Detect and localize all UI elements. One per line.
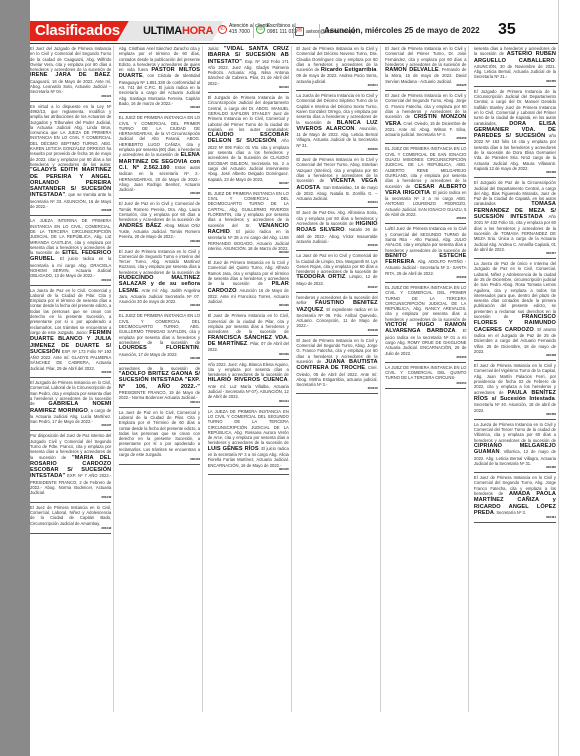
notice-code: 300438 <box>119 357 200 360</box>
notice-text: El Juzgado de Primera Instancia de la Ci… <box>208 95 289 132</box>
legal-notice: La Jueza de Primera Instancia en lo Civi… <box>474 422 556 473</box>
notice-code: 300456 <box>474 171 556 174</box>
legal-notice: EL JUEZ DE PRIMERA INSTANCIA EN LO CIVIL… <box>119 115 200 199</box>
notice-code: 300449 <box>296 387 377 390</box>
newspaper-page: Clasificados ULTIMAHORA ✆ Atención al cl… <box>30 0 558 756</box>
phone-icon: ✆ <box>218 25 227 34</box>
legal-notice: El Juez de Primera Instancia en lo Civil… <box>208 260 289 311</box>
legal-notice: Abg. Cristhian Ariel Sánchez Zaracho cit… <box>119 46 200 113</box>
legal-notice: EL JUEZ DE PRIMERA INSTANCIA EN LO CIVIL… <box>119 313 200 363</box>
notice-name: LUIS GÉNES RÍOS <box>208 446 259 452</box>
notice-code: 300441 <box>119 401 200 404</box>
notice-text: Año 2021 Nº 432 Folio 15, cita y emplaza… <box>474 214 556 252</box>
notice-code: 300424 <box>296 84 377 87</box>
notice-name: LOURDES FLORENTIN <box>119 345 199 351</box>
contact-phone-value: 415 7000 <box>229 29 250 35</box>
legal-notice: herederos y acreedores de la sucesión de… <box>296 295 377 336</box>
notice-text: Juicio: <box>208 46 224 51</box>
column-5: El Juez de Primera Instancia en lo Civil… <box>385 46 469 712</box>
legal-notice: LA JUEZA DE PRIMERA INSTANCIA EN LO CIVI… <box>208 409 289 475</box>
notice-text: El Juez de Primera Instancia en lo Civil… <box>385 46 466 67</box>
legal-notice: El Juez de Primera Instancia en lo Civil… <box>296 46 377 91</box>
legal-notice: acreedores de la sucesión de "ADOLFO BRI… <box>119 366 200 408</box>
legal-notice: LA JUEZA INTERINA DE PRIMERA INSTANCIA E… <box>30 218 111 285</box>
legal-notice: El Juzgado de Primera Instancia en lo Ci… <box>30 380 111 431</box>
notice-text: EL JUEZ DE PRIMERA INSTANCIA EN LO CIVIL… <box>385 146 466 188</box>
issue-date: Asunción, miércoles 25 de mayo de 2022 <box>324 26 480 35</box>
divider <box>319 24 320 38</box>
envelope-icon: ✉ <box>295 27 304 36</box>
notice-code: 300437 <box>30 424 111 427</box>
notice-code: 300450 <box>385 137 466 140</box>
notice-text: PRESIDENTE FRANCO, 19 de Mayo de 2022.- … <box>119 390 200 400</box>
notice-text: EL JUEZ DE PRIMERA INSTANCIA EN LO CIVIL… <box>119 313 200 344</box>
page-edge <box>558 0 580 756</box>
section-title: Clasificados <box>30 21 130 41</box>
header-rule <box>30 43 558 44</box>
legal-notice: La Juez de Paz en lo Civil, Comercial y … <box>119 410 200 466</box>
legal-notice: LA JUEZ DE PRIMERA INSTANCIA EN LO CIVIL… <box>385 365 466 389</box>
notice-code: 300435 <box>30 371 111 374</box>
notice-code: 300434 <box>296 201 377 204</box>
notice-name: HILARIO RIVEROS CUENCA <box>208 377 288 383</box>
notice-code: 300425 <box>385 84 466 87</box>
notice-text: , Año 2022 Nº 006 Folio: 01 Vto. cita y … <box>208 138 289 181</box>
notice-code: 300436 <box>208 304 289 307</box>
notice-code: 300426 <box>119 192 200 195</box>
notice-code: 300423 <box>208 86 289 89</box>
column-4: El Juez de Primera Instancia en lo Civil… <box>296 46 380 712</box>
notice-name: "ADOLFO BRITEZ GAONA S/ SUCESIÓN INTESTA… <box>119 371 200 390</box>
notice-text: EL JUEZ DE PRIMERA INSTANCIA EN LO CIVIL… <box>385 285 466 322</box>
notice-name: Ricardo Estigarribia <box>321 67 377 73</box>
notice-name: VICTOR HUGO RAMON ALVARENGA BARBOZA <box>385 322 466 334</box>
notice-text: La Jueza de Paz en lo Civil, Comercial y… <box>30 288 111 335</box>
notice-code: 300444 <box>208 400 289 403</box>
notice-text: La Jueza de Paz de único e Interina del … <box>474 261 556 319</box>
notice-name: RAMON DELVALLE <box>385 67 439 73</box>
legal-notice: Año 2022. Juez: Abg. Blanca Elena Aquino… <box>208 362 289 407</box>
notice-text: El Juez de Primera Instancia en lo Civil… <box>30 505 111 526</box>
page-header: Clasificados ULTIMAHORA ✆ Atención al cl… <box>30 20 558 42</box>
notice-code: 300422 <box>119 106 200 109</box>
notice-code: 300443 <box>119 458 200 461</box>
notice-text: EL JUEZ DE PRIMERA INSTANCIA EN LO CIVIL… <box>119 115 200 157</box>
legal-notice: Por disposición del Juez de Paz interino… <box>30 433 111 502</box>
notice-code: 300428 <box>30 209 111 212</box>
legal-notice: La Jueza de Paz de único e Interina del … <box>474 261 556 361</box>
legal-notice: El Juez de Primera Instancia en lo Civil… <box>474 475 556 523</box>
divider <box>293 24 294 38</box>
legal-notice: La Juez de Paz en lo Civil y Comercial d… <box>296 253 377 293</box>
notice-code: 300446 <box>296 244 377 247</box>
legal-notice: El Juzgado de Primera Instancia de la Ci… <box>474 89 556 178</box>
legal-notice: sesenta días a herederos y acreedores de… <box>474 46 556 87</box>
notice-code: 300460 <box>474 466 556 469</box>
ultimahora-logo: ULTIMAHORA <box>143 23 213 39</box>
notice-text: El Juez del Juzgado de Primera Instancia… <box>30 46 111 72</box>
column-2: Abg. Cristhian Ariel Sánchez Zaracho cit… <box>119 46 203 712</box>
legal-notice: El Juez de Primera Instancia en lo Civil… <box>296 338 377 395</box>
notice-code: 300457 <box>474 252 556 255</box>
legal-notice: La Jueza de Paz en lo Civil, Comercial y… <box>30 288 111 378</box>
column-1: El Juez del Juzgado de Primera Instancia… <box>30 46 114 712</box>
legal-notice: El Juez de Primera Instancia en lo Civil… <box>474 363 556 420</box>
legal-notice: EL JUEZ DE PRIMERA INSTANCIA EN LO CIVIL… <box>385 285 466 363</box>
column-6: sesenta días a herederos y acreedores de… <box>474 46 558 712</box>
notice-text: La Juez de Paz en lo Civil y Comercial d… <box>296 253 377 274</box>
notice-text: año 2022 Nº 163 folio 16 cita y emplaza … <box>474 133 556 171</box>
legal-notice: El Juez de Paz en lo Civil y Comercial d… <box>119 201 200 246</box>
notice-code: 300455 <box>474 80 556 83</box>
page-number: 35 <box>498 21 516 39</box>
whatsapp-icon: ☏ <box>256 25 265 34</box>
legal-notice: En virtud a lo dispuesto en la Ley Nº 49… <box>30 104 111 217</box>
notice-code: 300454 <box>385 382 466 385</box>
legal-notice: El Juez de Primera Instancia en lo Civil… <box>30 505 111 534</box>
legal-notice: El Juez de Primera Instancia en lo Civil… <box>385 46 466 91</box>
legal-notice: El Juez del Juzgado de Primera Instancia… <box>30 46 111 102</box>
classified-columns: El Juez del Juzgado de Primera Instancia… <box>30 46 558 712</box>
column-3: Juicio: "VIDAL SANTA CRUZ IBARRA S/ SUCE… <box>208 46 292 712</box>
legal-notice: La Jueza de Primera Instancia en lo Civi… <box>296 93 377 155</box>
notice-code: 300442 <box>30 527 111 530</box>
legal-notice: El Juez de Primera Instancia en lo Civil… <box>119 249 200 312</box>
notice-text: La Juez de Paz en lo Civil, Comercial y … <box>119 410 200 457</box>
notice-text: El Juez de Primera Instancia en lo Civil… <box>119 249 200 275</box>
notice-name: TEODORA ORTIZ <box>296 274 345 280</box>
legal-notice: El Juzgado de Paz de la Circunscripción … <box>474 180 556 259</box>
notice-code: 300430 <box>296 148 377 151</box>
logo-ultima: ULTIMA <box>143 25 182 37</box>
legal-notice: Juicio: "VIDAL SANTA CRUZ IBARRA S/ SUCE… <box>208 46 289 93</box>
notice-name: IRENE JARA DE BAEZ <box>30 72 110 78</box>
notice-code: 300458 <box>474 354 556 357</box>
legal-notice: El Juez de Primera Instancia en lo Civil… <box>296 157 377 208</box>
legal-notice: El Juzgado de Primera Instancia de la Ci… <box>208 95 289 189</box>
legal-notice: La/El Juez de Primera Instancia en lo Ci… <box>385 226 466 283</box>
logo-hora: HORA <box>182 25 213 37</box>
notice-name: ANDRÉS BÁEZ <box>119 223 162 229</box>
notice-code: 300453 <box>385 356 466 359</box>
notice-code: 300432 <box>208 251 289 254</box>
notice-code: 300421 <box>30 95 111 98</box>
legal-notice: El Juez de Primera Instancia en lo Civil… <box>208 313 289 359</box>
notice-code: 300440 <box>30 496 111 499</box>
notice-text: El Juez de Primera Instancia en lo Civil… <box>208 313 289 334</box>
notice-code: 300433 <box>119 304 200 307</box>
legal-notice: El Juez de Primera Instancia en lo Civil… <box>385 93 466 144</box>
legal-notice: El Juez de Paz-Dra. Abg. Alfonsina Soria… <box>296 210 377 251</box>
legal-notice: EL JUEZ DE PRIMERA INSTANCIA EN LO CIVIL… <box>208 191 289 258</box>
notice-text: Año 2022. Juez: Abg. Blanca Elena Aquino… <box>208 362 289 378</box>
notice-text: LA JUEZ DE PRIMERA INSTANCIA EN LO CIVIL… <box>385 365 466 381</box>
notice-text: La/El Juez de Primera Instancia en lo Ci… <box>385 226 466 252</box>
notice-text: En virtud a lo dispuesto en la Ley Nº 49… <box>30 104 111 167</box>
notice-code: 300448 <box>296 329 377 332</box>
notice-code: 300447 <box>296 286 377 289</box>
legal-notice: EL JUEZ DE PRIMERA INSTANCIA EN LO CIVIL… <box>385 146 466 224</box>
notice-text: El Juez de Paz en lo Civil y Comercial d… <box>119 201 200 222</box>
notice-text: LA JUEZA DE PRIMERA INSTANCIA EN LO CIVI… <box>208 409 289 446</box>
notice-code: 300459 <box>474 413 556 416</box>
contact-whatsapp: ☏ Escríbinos al0981 111 013 <box>256 23 297 35</box>
notice-code: 300452 <box>385 276 466 279</box>
notice-code: 300461 <box>474 516 556 519</box>
notice-code: 300445 <box>208 468 289 471</box>
notice-code: 300427 <box>208 182 289 185</box>
notice-text: La Jueza de Primera Instancia en lo Civi… <box>474 422 556 443</box>
notice-text: acreedores de la sucesión de <box>119 366 200 371</box>
divider <box>253 24 254 38</box>
notice-code: 300439 <box>208 353 289 356</box>
notice-code: 300451 <box>385 217 466 220</box>
notice-text: . Secretaría Nº 3. <box>494 510 526 515</box>
notice-code: 300429 <box>119 240 200 243</box>
notice-code: 300431 <box>30 279 111 282</box>
